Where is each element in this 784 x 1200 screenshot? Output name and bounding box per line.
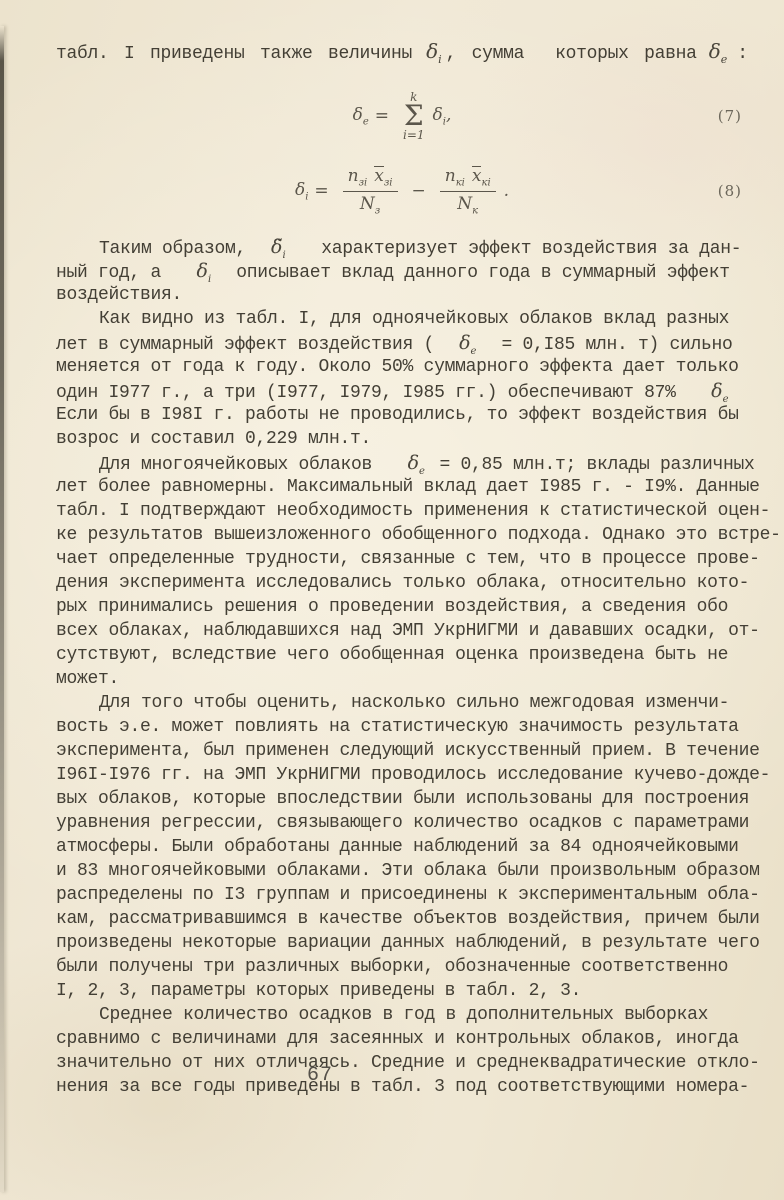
- intro-line: табл. I приведены также величиныδi, сумм…: [56, 40, 748, 71]
- sigma-glyph: Σ: [404, 103, 424, 128]
- text-line: чает определенные трудности, связанные с…: [56, 547, 748, 571]
- eq7-lhs: δe: [353, 105, 369, 127]
- eq8-minus: −: [412, 181, 426, 201]
- text-line: табл. I подтверждают необходимость приме…: [56, 499, 748, 523]
- text-line: воздействия.: [56, 283, 748, 307]
- delta-symbol: δe: [408, 452, 425, 474]
- text-line: всех облаках, наблюдавшихся над ЭМП УкрН…: [56, 619, 748, 643]
- formula-8: δi = nзixзi Nз − nкixкi Nк . (8): [56, 165, 748, 217]
- text-line: ный год, а δi описывает вклад данного го…: [56, 259, 748, 283]
- paragraph: Для многоячейковых облаков δe = 0,85 млн…: [56, 451, 748, 691]
- text-line: Для многоячейковых облаков δe = 0,85 млн…: [56, 451, 748, 475]
- eq8-lhs: δi: [295, 180, 308, 202]
- text-line: распределены по I3 группам и присоединен…: [56, 883, 748, 907]
- text-line: произведены некоторые вариации данных на…: [56, 931, 748, 955]
- text-line: лет в суммарный эффект воздействия ( δe …: [56, 331, 748, 355]
- fraction-seeded: nзixзi Nз: [343, 166, 398, 217]
- delta-symbol: δi: [197, 260, 212, 282]
- text-line: Таким образом, δ̃i характеризует эффект …: [56, 235, 748, 259]
- eq8-equals: =: [314, 181, 328, 201]
- delta-symbol: δe: [459, 332, 476, 354]
- text-line: возрос и составил 0,229 млн.т.: [56, 427, 748, 451]
- paragraph: Таким образом, δ̃i характеризует эффект …: [56, 235, 748, 307]
- text-line: были получены три различных выборки, обо…: [56, 955, 748, 979]
- text-line: I96I-I976 гг. на ЭМП УкрНИГМИ проводилос…: [56, 763, 748, 787]
- equation-number: (8): [718, 182, 742, 200]
- text-line: дения эксперимента исследовались только …: [56, 571, 748, 595]
- text-line: Среднее количество осадков в год в допол…: [56, 1003, 748, 1027]
- text-line: вость э.е. может повлиять на статистичес…: [56, 715, 748, 739]
- text-line: Как видно из табл. I, для одноячейковых …: [56, 307, 748, 331]
- delta-symbol: δ̃i: [271, 236, 286, 258]
- text-line: меняется от года к году. Около 50% сумма…: [56, 355, 748, 379]
- sum-symbol: k Σ i=1: [403, 91, 425, 140]
- text-line: лет более равномерны. Максимальный вклад…: [56, 475, 748, 499]
- delta-e-symbol: δe: [709, 39, 728, 63]
- text-line: может.: [56, 667, 748, 691]
- intro-text-pre: табл. I приведены также величины: [56, 44, 412, 64]
- text-line: рых принимались решения о проведении воз…: [56, 595, 748, 619]
- text-line: и 83 многоячейковыми облаками. Эти облак…: [56, 859, 748, 883]
- formula-7: δe = k Σ i=1 δi, (7): [56, 85, 748, 147]
- fraction-control: nкixкi Nк: [440, 166, 496, 217]
- text-line: ке результатов вышеизложенного обобщенно…: [56, 523, 748, 547]
- document-page: табл. I приведены также величиныδi, сумм…: [56, 40, 748, 1099]
- text-line: уравнения регрессии, связывающего количе…: [56, 811, 748, 835]
- text-line: Если бы в I98I г. работы не проводились,…: [56, 403, 748, 427]
- eq8-period: .: [504, 181, 509, 201]
- text-line: сравнимо с величинами для засеянных и ко…: [56, 1027, 748, 1051]
- scan-spine-shadow: [0, 26, 4, 1192]
- page-number: 67: [0, 1064, 640, 1087]
- text-line: атмосферы. Были обработаны данные наблюд…: [56, 835, 748, 859]
- eq7-equals: =: [375, 106, 389, 126]
- intro-text-mid: , сумма которых равна: [446, 44, 697, 64]
- paragraph: Для того чтобы оценить, насколько сильно…: [56, 691, 748, 1003]
- text-line: сутствуют, вследствие чего обобщенная оц…: [56, 643, 748, 667]
- text-line: вых облаков, которые впоследствии были и…: [56, 787, 748, 811]
- paragraph: Как видно из табл. I, для одноячейковых …: [56, 307, 748, 451]
- body-text: Таким образом, δ̃i характеризует эффект …: [56, 235, 748, 1099]
- x-bar: x: [374, 166, 384, 185]
- text-line: I, 2, 3, параметры которых приведены в т…: [56, 979, 748, 1003]
- equation-number: (7): [718, 107, 742, 125]
- delta-i-symbol: δi: [426, 39, 442, 63]
- intro-colon: :: [737, 44, 748, 64]
- text-line: Для того чтобы оценить, насколько сильно…: [56, 691, 748, 715]
- delta-symbol: δe: [711, 380, 728, 402]
- text-line: кам, рассматривавшимся в качестве объект…: [56, 907, 748, 931]
- eq7-rhs: δi,: [433, 105, 452, 127]
- text-line: один I977 г., а три (I977, I979, I985 гг…: [56, 379, 748, 403]
- text-line: эксперимента, был применен следующий иск…: [56, 739, 748, 763]
